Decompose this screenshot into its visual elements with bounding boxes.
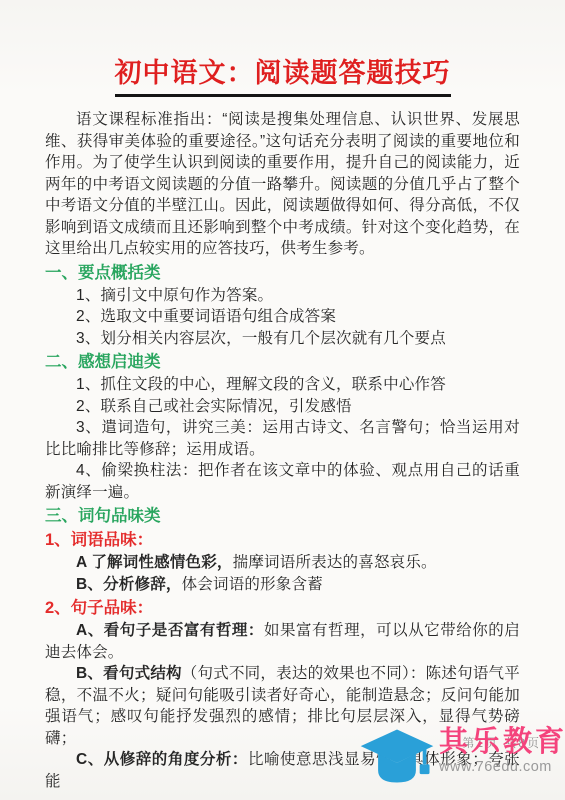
brand-logo: 第1页 共8页 其乐教育 www.76edu.com [359,724,559,794]
item-lead: A、看句子是否富有哲理： [76,622,264,639]
brand-text-block: 其乐教育 www.76edu.com [439,726,565,776]
item-lead: A 了解词性感情色彩， [76,554,233,571]
list-item: 3、遣词造句，讲究三美：运用古诗文、名言警句；恰当运用对比比喻排比等修辞；运用成… [45,417,520,460]
list-item: 2、联系自己或社会实际情况，引发感悟 [45,396,520,418]
section-1-heading: 一、要点概括类 [45,262,520,284]
subsection-2-heading: 2、句子品味： [45,597,520,619]
list-item: 1、摘引文中原句作为答案。 [45,285,520,307]
item-lead: B、分析修辞， [76,576,182,593]
page-title: 初中语文：阅读题答题技巧 [115,58,451,97]
list-item: A、看句子是否富有哲理：如果富有哲理，可以从它带给你的启迪去体会。 [45,620,520,663]
section-2-heading: 二、感想启迪类 [45,351,520,373]
brand-name: 其乐教育 [439,726,565,758]
list-item: 2、选取文中重要词语语句组合成答案 [45,306,520,328]
list-item: 1、抓住文段的中心，理解文段的含义，联系中心作答 [45,374,520,396]
graduation-cap-icon [359,728,435,790]
intro-paragraph: 语文课程标准指出：“阅读是搜集处理信息、认识世界、发展思维、获得审美体验的重要途… [45,109,520,260]
document-page: 初中语文：阅读题答题技巧 语文课程标准指出：“阅读是搜集处理信息、认识世界、发展… [0,0,565,800]
list-item: 4、偷梁换柱法：把作者在该文章中的体验、观点用自己的话重新演绎一遍。 [45,460,520,503]
list-item: B、分析修辞，体会词语的形象含蓄 [45,574,520,596]
subsection-1-heading: 1、词语品味： [45,529,520,551]
title-row: 初中语文：阅读题答题技巧 [45,58,520,97]
item-lead: C、从修辞的角度分析： [76,751,248,768]
brand-url: www.76edu.com [439,758,565,776]
item-lead: B、看句式结构 [76,665,182,682]
section-3-heading: 三、词句品味类 [45,505,520,527]
list-item: 3、划分相关内容层次，一般有几个层次就有几个要点 [45,328,520,350]
item-rest: 体会词语的形象含蓄 [182,576,323,593]
list-item: A 了解词性感情色彩，揣摩词语所表达的喜怒哀乐。 [45,552,520,574]
item-rest: 揣摩词语所表达的喜怒哀乐。 [233,554,437,571]
